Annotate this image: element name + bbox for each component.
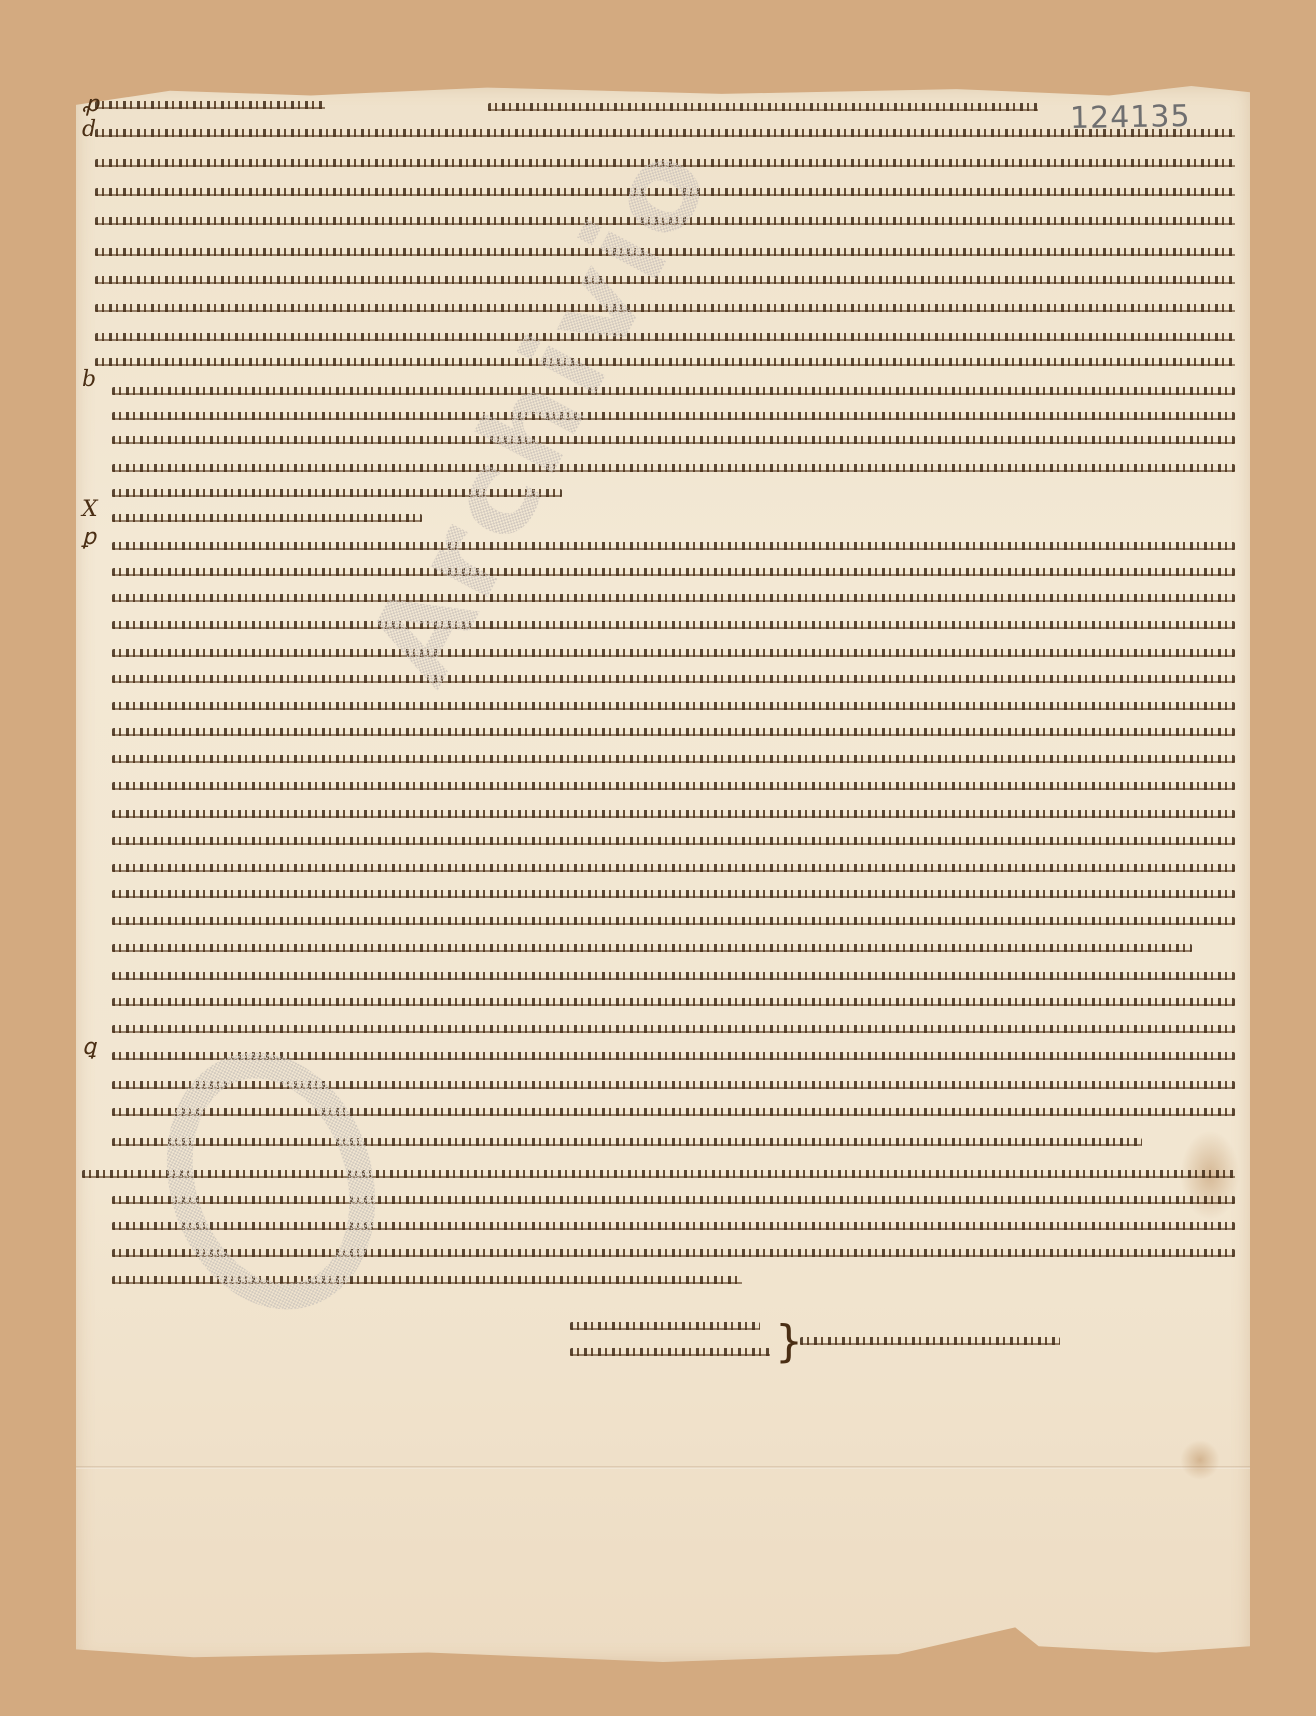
ink-baseline <box>95 194 1235 196</box>
manuscript-line <box>112 1077 1235 1093</box>
manuscript-line <box>112 994 1235 1010</box>
manuscript-line <box>112 751 1235 767</box>
manuscript-line <box>488 99 1038 115</box>
manuscript-line <box>112 1245 1235 1261</box>
ink-baseline <box>112 442 1235 444</box>
manuscript-line <box>112 833 1235 849</box>
manuscript-line <box>95 125 1235 141</box>
ink-baseline <box>112 1282 742 1284</box>
ink-baseline <box>112 923 1235 925</box>
signature-line-2 <box>570 1344 770 1360</box>
ink-baseline <box>112 520 422 522</box>
ink-baseline <box>112 1087 1235 1089</box>
ink-baseline <box>112 470 1235 472</box>
ink-baseline <box>112 600 1235 602</box>
ink-baseline <box>112 1228 1235 1230</box>
ink-baseline <box>112 788 1235 790</box>
ink-baseline <box>112 843 1235 845</box>
manuscript-line <box>112 860 1235 876</box>
manuscript-line <box>112 564 1235 580</box>
ink-baseline <box>112 978 1235 980</box>
ink-baseline <box>82 1176 1235 1178</box>
ink-baseline <box>112 393 1235 395</box>
ink-baseline <box>112 896 1235 898</box>
manuscript-line <box>112 778 1235 794</box>
ink-baseline <box>95 165 1235 167</box>
manuscript-line <box>112 617 1235 633</box>
manuscript-line <box>112 698 1235 714</box>
manuscript-line <box>112 432 1235 448</box>
manuscript-line <box>95 213 1235 229</box>
ink-baseline <box>95 107 325 109</box>
manuscript-line <box>112 886 1235 902</box>
manuscript-line <box>82 1166 1235 1182</box>
manuscript-line <box>112 538 1235 554</box>
foxing-stain <box>1180 1440 1220 1480</box>
ink-baseline <box>95 282 1235 284</box>
manuscript-line <box>95 329 1235 345</box>
manuscript-line <box>112 460 1235 476</box>
manuscript-line <box>112 408 1235 424</box>
ink-baseline <box>112 734 1235 736</box>
manuscript-line <box>112 510 422 526</box>
margin-mark: ꝓ <box>82 92 99 117</box>
ink-baseline <box>112 681 1235 683</box>
manuscript-line <box>112 1218 1235 1234</box>
ink-baseline <box>112 816 1235 818</box>
ink-baseline <box>112 1255 1235 1257</box>
margin-mark: X <box>82 497 98 522</box>
manuscript-line <box>112 1021 1235 1037</box>
manuscript-line <box>112 940 1192 956</box>
ink-baseline <box>112 1058 1235 1060</box>
ink-baseline <box>112 655 1235 657</box>
manuscript-line <box>95 97 325 113</box>
ink-baseline <box>112 574 1235 576</box>
ink-baseline <box>112 761 1235 763</box>
manuscript-line <box>95 184 1235 200</box>
manuscript-line <box>95 272 1235 288</box>
manuscript-line <box>112 913 1235 929</box>
manuscript-line <box>112 383 1235 399</box>
signature-closing <box>800 1333 1060 1349</box>
ink-baseline <box>112 1031 1235 1033</box>
paper-fold <box>76 1466 1250 1469</box>
signature-line-1 <box>570 1318 760 1334</box>
manuscript-line <box>112 1192 1235 1208</box>
manuscript-line <box>95 155 1235 171</box>
ink-baseline <box>112 1114 1235 1116</box>
ink-baseline <box>112 950 1192 952</box>
ink-baseline <box>112 1004 1235 1006</box>
manuscript-line <box>95 354 1235 370</box>
manuscript-line <box>95 244 1235 260</box>
margin-mark: ꝗ <box>82 1035 96 1060</box>
ink-baseline <box>112 708 1235 710</box>
signature-brace: } <box>775 1316 803 1367</box>
ink-baseline <box>112 1202 1235 1204</box>
manuscript-line <box>112 485 562 501</box>
manuscript-line <box>112 724 1235 740</box>
manuscript-line <box>112 968 1235 984</box>
ink-baseline <box>488 109 1038 111</box>
ink-baseline <box>112 418 1235 420</box>
margin-mark: ꝑ <box>82 525 96 550</box>
ink-baseline <box>112 627 1235 629</box>
margin-mark: b <box>82 367 96 392</box>
ink-baseline <box>95 364 1235 366</box>
ink-baseline <box>95 339 1235 341</box>
ink-baseline <box>95 135 1235 137</box>
ink-baseline <box>95 310 1235 312</box>
manuscript-line <box>112 590 1235 606</box>
manuscript-line <box>112 1104 1235 1120</box>
ink-baseline <box>112 870 1235 872</box>
ink-baseline <box>112 1144 1142 1146</box>
manuscript-line <box>112 671 1235 687</box>
manuscript-line <box>112 1134 1142 1150</box>
ink-baseline <box>95 254 1235 256</box>
manuscript-line <box>112 806 1235 822</box>
manuscript-line <box>95 300 1235 316</box>
ink-baseline <box>95 223 1235 225</box>
manuscript-line <box>112 645 1235 661</box>
ink-baseline <box>112 548 1235 550</box>
manuscript-line <box>112 1272 742 1288</box>
margin-mark: d <box>82 117 96 142</box>
ink-baseline <box>112 495 562 497</box>
manuscript-line <box>112 1048 1235 1064</box>
